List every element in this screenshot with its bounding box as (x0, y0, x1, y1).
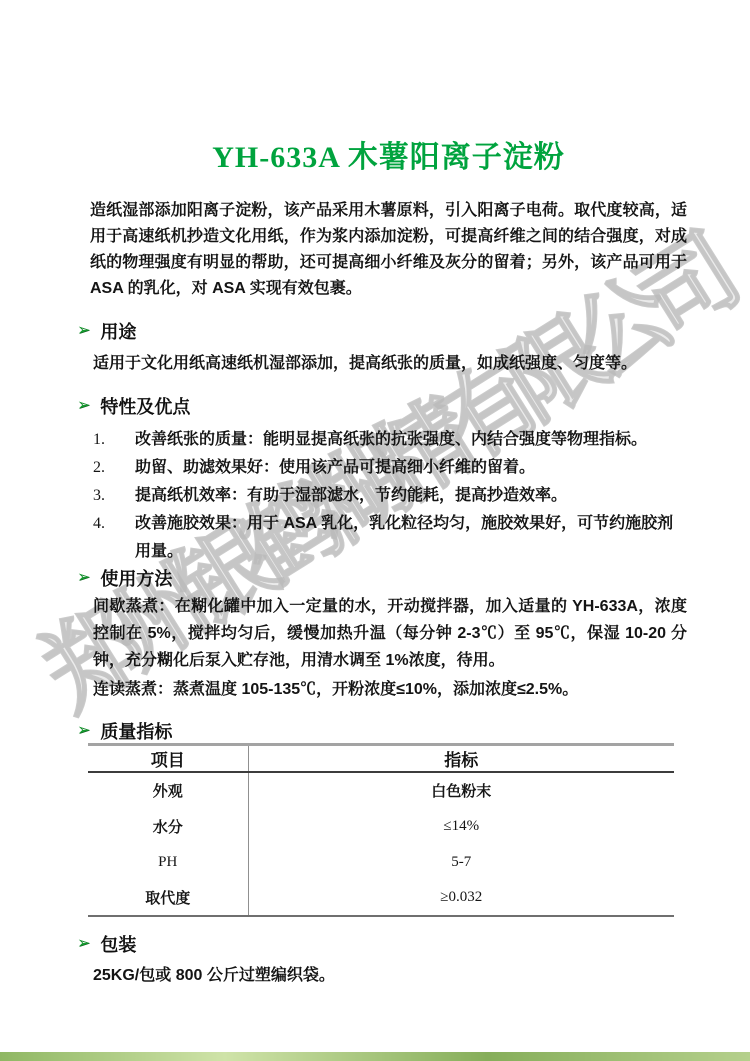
table-cell-label: 水分 (88, 808, 248, 844)
section-header-features: ➢ 特性及优点 (77, 394, 687, 418)
footer-decoration-bar (0, 1052, 750, 1061)
list-item: 4. 改善施胶效果：用于 ASA 乳化，乳化粒径均匀，施胶效果好，可节约施胶剂用… (93, 510, 687, 566)
list-item: 1. 改善纸张的质量：能明显提高纸张的抗张强度、内结合强度等物理指标。 (93, 426, 687, 454)
table-cell-value: ≥0.032 (248, 880, 674, 916)
document-content: YH-633A 木薯阳离子淀粉 造纸湿部添加阳离子淀粉，该产品采用木薯原料，引入… (0, 0, 750, 988)
section-header-usage: ➢ 用途 (77, 319, 687, 343)
section-header-method: ➢ 使用方法 (77, 566, 687, 590)
table-header-spec: 指标 (248, 745, 674, 773)
page-title: YH-633A 木薯阳离子淀粉 (90, 140, 687, 176)
list-item-text: 改善纸张的质量：能明显提高纸张的抗张强度、内结合强度等物理指标。 (135, 426, 647, 454)
arrow-bullet-icon: ➢ (77, 323, 90, 339)
table-row: PH 5-7 (88, 844, 674, 880)
section-title-features: 特性及优点 (100, 393, 190, 419)
quality-table: 项目 指标 外观 白色粉末 水分 ≤14% PH 5-7 取代度 (88, 743, 674, 917)
method-continuous-text: 连读蒸煮：蒸煮温度 105-135℃，开粉浓度≤10%，添加浓度≤2.5%。 (90, 676, 687, 703)
list-item-text: 助留、助滤效果好：使用该产品可提高细小纤维的留着。 (135, 454, 535, 482)
table-cell-label: 取代度 (88, 880, 248, 916)
list-item-number: 4. (93, 510, 135, 566)
arrow-bullet-icon: ➢ (77, 570, 90, 586)
method-batch-text: 间歇蒸煮：在糊化罐中加入一定量的水，开动搅拌器，加入适量的 YH-633A，浓度… (90, 593, 687, 674)
table-cell-label: 外观 (88, 772, 248, 808)
arrow-bullet-icon: ➢ (77, 936, 90, 952)
packing-text: 25KG/包或 800 公斤过塑编织袋。 (90, 964, 687, 988)
arrow-bullet-icon: ➢ (77, 723, 90, 739)
table-cell-value: 白色粉末 (248, 772, 674, 808)
table-cell-value: ≤14% (248, 808, 674, 844)
section-title-packing: 包装 (100, 931, 136, 957)
table-header-row: 项目 指标 (88, 745, 674, 773)
section-title-usage: 用途 (100, 318, 136, 344)
document-page: 郑州银鹤糊精有限公司 YH-633A 木薯阳离子淀粉 造纸湿部添加阳离子淀粉，该… (0, 0, 750, 1061)
table-row: 水分 ≤14% (88, 808, 674, 844)
table-cell-value: 5-7 (248, 844, 674, 880)
table-row: 外观 白色粉末 (88, 772, 674, 808)
section-title-quality: 质量指标 (100, 718, 172, 744)
table-header-item: 项目 (88, 745, 248, 773)
list-item-text: 改善施胶效果：用于 ASA 乳化，乳化粒径均匀，施胶效果好，可节约施胶剂用量。 (135, 510, 687, 566)
list-item-number: 1. (93, 426, 135, 454)
arrow-bullet-icon: ➢ (77, 398, 90, 414)
section-header-packing: ➢ 包装 (77, 932, 687, 956)
intro-paragraph: 造纸湿部添加阳离子淀粉，该产品采用木薯原料，引入阳离子电荷。取代度较高，适用于高… (90, 198, 687, 302)
list-item: 3. 提高纸机效率：有助于湿部滤水，节约能耗，提高抄造效率。 (93, 482, 687, 510)
section-header-quality: ➢ 质量指标 (77, 719, 687, 743)
list-item-number: 2. (93, 454, 135, 482)
section-title-method: 使用方法 (100, 565, 172, 591)
list-item-text: 提高纸机效率：有助于湿部滤水，节约能耗，提高抄造效率。 (135, 482, 567, 510)
list-item: 2. 助留、助滤效果好：使用该产品可提高细小纤维的留着。 (93, 454, 687, 482)
table-cell-label: PH (88, 844, 248, 880)
table-row: 取代度 ≥0.032 (88, 880, 674, 916)
usage-text: 适用于文化用纸高速纸机湿部添加，提高纸张的质量，如成纸强度、匀度等。 (90, 352, 687, 376)
list-item-number: 3. (93, 482, 135, 510)
feature-list: 1. 改善纸张的质量：能明显提高纸张的抗张强度、内结合强度等物理指标。 2. 助… (90, 426, 687, 566)
